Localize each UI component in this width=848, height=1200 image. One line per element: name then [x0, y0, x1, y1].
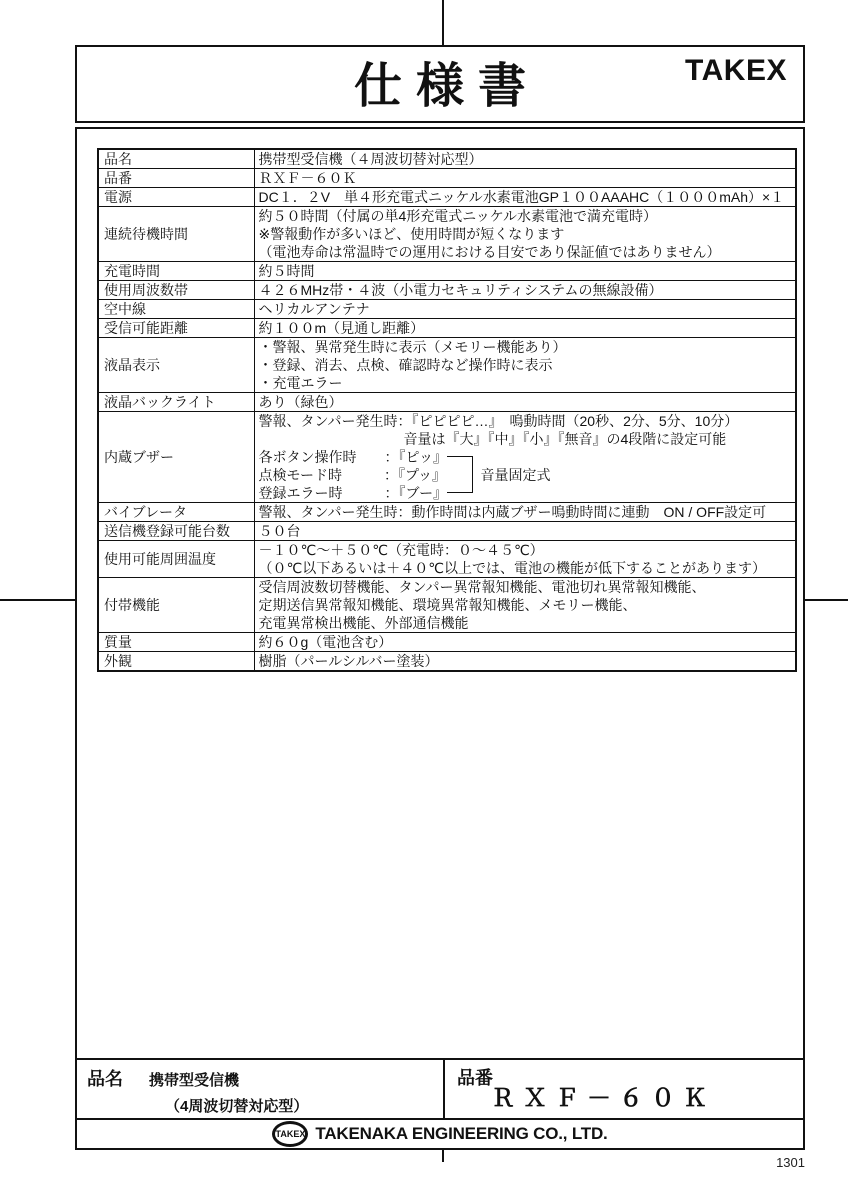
spec-label: 使用可能周囲温度 — [98, 541, 254, 578]
takex-logo-text: TAKEX — [685, 54, 787, 88]
spec-label: 使用周波数帯 — [98, 281, 254, 300]
spec-row: 空中線 ヘリカルアンテナ — [98, 300, 796, 319]
spec-value: ４２６MHz帯・４波（小電力セキュリティシステムの無線設備） — [254, 281, 796, 300]
spec-value: DC１．２V 単４形充電式ニッケル水素電池GP１００AAAHC（１０００mAh）… — [254, 188, 796, 207]
spec-row: 品名 携帯型受信機（４周波切替対応型） — [98, 149, 796, 169]
fold-mark-left — [0, 599, 77, 601]
spec-label: 送信機登録可能台数 — [98, 522, 254, 541]
spec-row: 充電時間 約５時間 — [98, 262, 796, 281]
spec-label: 内蔵ブザー — [98, 412, 254, 503]
page-number: 1301 — [776, 1155, 805, 1170]
spec-label: 空中線 — [98, 300, 254, 319]
spec-value: あり（緑色） — [254, 393, 796, 412]
spec-label: 液晶バックライト — [98, 393, 254, 412]
spec-value: ・警報、異常発生時に表示（メモリー機能あり） ・登録、消去、点検、確認時など操作… — [254, 338, 796, 393]
takex-circle-logo: TAKEX — [272, 1121, 308, 1147]
spec-row: 質量 約６０g（電池含む） — [98, 633, 796, 652]
spec-value: 約１００m（見通し距離） — [254, 319, 796, 338]
spec-value-line: 各ボタン操作時 ：『ピッ』 — [259, 448, 792, 466]
spec-row: 液晶バックライト あり（緑色） — [98, 393, 796, 412]
spec-value-line: 登録エラー時 ：『ブー』 — [259, 484, 792, 502]
spec-label: 受信可能距離 — [98, 319, 254, 338]
spec-value: 樹脂（パールシルバー塗装） — [254, 652, 796, 672]
spec-value-line: ・登録、消去、点検、確認時など操作時に表示 — [259, 356, 792, 374]
spec-row: 内蔵ブザー 警報、タンパー発生時：『ピピピピ…』 鳴動時間（20秒、2分、5分、… — [98, 412, 796, 503]
spec-value: －１０℃～＋５０℃（充電時：０～４５℃） （０℃以下あるいは＋４０℃以上では、電… — [254, 541, 796, 578]
spec-value: 約６０g（電池含む） — [254, 633, 796, 652]
spec-row: 電源 DC１．２V 単４形充電式ニッケル水素電池GP１００AAAHC（１０００m… — [98, 188, 796, 207]
spec-value: 約５０時間（付属の単4形充電式ニッケル水素電池で満充電時） ※警報動作が多いほど… — [254, 207, 796, 262]
product-name-label: 品名 — [87, 1065, 123, 1091]
spec-value-line: （０℃以下あるいは＋４０℃以上では、電池の機能が低下することがあります） — [259, 559, 792, 577]
spec-label: 連続待機時間 — [98, 207, 254, 262]
spec-value-line: 約５時間 — [259, 262, 792, 280]
spec-label: 外観 — [98, 652, 254, 672]
spec-value-line: ヘリカルアンテナ — [259, 300, 792, 318]
spec-label: 質量 — [98, 633, 254, 652]
spec-value-line: ※警報動作が多いほど、使用時間が短くなります — [259, 225, 792, 243]
spec-value-line: ５０台 — [259, 522, 792, 540]
spec-label: 品番 — [98, 169, 254, 188]
content-frame: 品名 携帯型受信機（４周波切替対応型） 品番 ＲＸＦ－６０Ｋ 電源 DC１．２V… — [75, 127, 805, 1150]
spec-value: 警報、タンパー発生時：動作時間は内蔵ブザー鳴動時間に連動 ON / OFF設定可 — [254, 503, 796, 522]
spec-label: 液晶表示 — [98, 338, 254, 393]
spec-value-line: 約１００m（見通し距離） — [259, 319, 792, 337]
spec-value-line: 充電異常検出機能、外部通信機能 — [259, 614, 792, 632]
spec-sheet-page: 仕様書 TAKEX 品名 携帯型受信機（４周波切替対応型） 品番 ＲＸＦ－６０Ｋ… — [0, 0, 848, 1200]
spec-row: 送信機登録可能台数 ５０台 — [98, 522, 796, 541]
spec-label: 品名 — [98, 149, 254, 169]
spec-value-line: 樹脂（パールシルバー塗装） — [259, 652, 792, 670]
spec-row: バイブレータ 警報、タンパー発生時：動作時間は内蔵ブザー鳴動時間に連動 ON /… — [98, 503, 796, 522]
spec-row: 付帯機能 受信周波数切替機能、タンパー異常報知機能、電池切れ異常報知機能、 定期… — [98, 578, 796, 633]
fold-mark-bottom — [442, 1148, 444, 1162]
spec-value-line: DC１．２V 単４形充電式ニッケル水素電池GP１００AAAHC（１０００mAh）… — [259, 188, 792, 206]
spec-value-line: －１０℃～＋５０℃（充電時：０～４５℃） — [259, 541, 792, 559]
spec-row: 外観 樹脂（パールシルバー塗装） — [98, 652, 796, 672]
spec-value-line: あり（緑色） — [259, 393, 792, 411]
spec-row: 連続待機時間 約５０時間（付属の単4形充電式ニッケル水素電池で満充電時） ※警報… — [98, 207, 796, 262]
spec-value-line: ・充電エラー — [259, 374, 792, 392]
bracket-shape — [447, 456, 473, 493]
spec-table: 品名 携帯型受信機（４周波切替対応型） 品番 ＲＸＦ－６０Ｋ 電源 DC１．２V… — [97, 148, 797, 672]
product-number-value: ＲＸＦ－６０Ｋ — [491, 1078, 715, 1113]
fold-mark-top — [442, 0, 444, 47]
product-number-label: 品番 — [457, 1064, 493, 1090]
spec-row: 受信可能距離 約１００m（見通し距離） — [98, 319, 796, 338]
takex-circle-logo-text: TAKEX — [276, 1129, 306, 1139]
spec-row: 使用可能周囲温度 －１０℃～＋５０℃（充電時：０～４５℃） （０℃以下あるいは＋… — [98, 541, 796, 578]
spec-value-line: 音量は『大』『中』『小』『無音』の4段階に設定可能 — [259, 430, 792, 448]
fold-mark-right — [803, 599, 848, 601]
spec-value: ＲＸＦ－６０Ｋ — [254, 169, 796, 188]
spec-value-line: ・警報、異常発生時に表示（メモリー機能あり） — [259, 338, 792, 356]
spec-value-line: （電池寿命は常温時での運用における目安であり保証値ではありません） — [259, 243, 792, 261]
spec-value: ヘリカルアンテナ — [254, 300, 796, 319]
spec-value: 受信周波数切替機能、タンパー異常報知機能、電池切れ異常報知機能、 定期送信異常報… — [254, 578, 796, 633]
spec-label: 付帯機能 — [98, 578, 254, 633]
spec-row: 使用周波数帯 ４２６MHz帯・４波（小電力セキュリティシステムの無線設備） — [98, 281, 796, 300]
product-name-value: 携帯型受信機 — [149, 1069, 239, 1090]
spec-value: 約５時間 — [254, 262, 796, 281]
spec-label: 充電時間 — [98, 262, 254, 281]
spec-label: バイブレータ — [98, 503, 254, 522]
volume-note: 音量固定式 — [481, 466, 551, 484]
spec-value-line: 定期送信異常報知機能、環境異常報知機能、メモリー機能、 — [259, 596, 792, 614]
spec-value-line: 約５０時間（付属の単4形充電式ニッケル水素電池で満充電時） — [259, 207, 792, 225]
company-footer: TAKEX TAKENAKA ENGINEERING CO., LTD. — [77, 1120, 803, 1148]
product-number-cell: 品番 ＲＸＦ－６０Ｋ — [443, 1060, 803, 1118]
product-name-cell: 品名 携帯型受信機 （4周波切替対応型） — [77, 1060, 443, 1118]
spec-value-line: 警報、タンパー発生時：『ピピピピ…』 鳴動時間（20秒、2分、5分、10分） — [259, 412, 792, 430]
product-summary: 品名 携帯型受信機 （4周波切替対応型） 品番 ＲＸＦ－６０Ｋ — [77, 1058, 803, 1120]
title-block: 仕様書 TAKEX — [75, 45, 805, 123]
spec-value-line: 約６０g（電池含む） — [259, 633, 792, 651]
spec-value-line: 警報、タンパー発生時：動作時間は内蔵ブザー鳴動時間に連動 ON / OFF設定可 — [259, 503, 792, 521]
spec-value-line: ＲＸＦ－６０Ｋ — [259, 169, 792, 187]
spec-value-line: ４２６MHz帯・４波（小電力セキュリティシステムの無線設備） — [259, 281, 792, 299]
buzzer-cell: 警報、タンパー発生時：『ピピピピ…』 鳴動時間（20秒、2分、5分、10分） 音… — [254, 412, 796, 503]
company-name: TAKENAKA ENGINEERING CO., LTD. — [315, 1124, 607, 1144]
spec-row: 品番 ＲＸＦ－６０Ｋ — [98, 169, 796, 188]
product-name-subvalue: （4周波切替対応型） — [165, 1095, 308, 1116]
spec-value: 携帯型受信機（４周波切替対応型） — [254, 149, 796, 169]
spec-value-line: 受信周波数切替機能、タンパー異常報知機能、電池切れ異常報知機能、 — [259, 578, 792, 596]
spec-label: 電源 — [98, 188, 254, 207]
spec-value-line: 携帯型受信機（４周波切替対応型） — [259, 150, 792, 168]
spec-value: ５０台 — [254, 522, 796, 541]
spec-row: 液晶表示 ・警報、異常発生時に表示（メモリー機能あり） ・登録、消去、点検、確認… — [98, 338, 796, 393]
